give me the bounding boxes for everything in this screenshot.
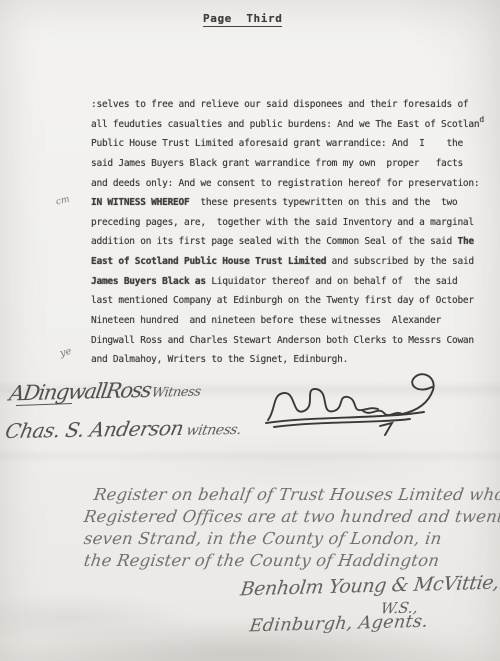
typed-line: said James Buyers Black grant warrandice… bbox=[91, 154, 491, 174]
typed-line: James Buyers Black as Liquidator thereof… bbox=[91, 272, 491, 292]
typed-line: Nineteen hundred and nineteen before the… bbox=[91, 311, 491, 331]
agents-city-line: Edinburgh, Agents. bbox=[248, 612, 429, 637]
typed-body: :selves to free and relieve our said dis… bbox=[91, 95, 491, 370]
typed-line: last mentioned Company at Edinburgh on t… bbox=[91, 291, 491, 311]
witness1-suffix: Witness bbox=[151, 385, 202, 401]
margin-insertion-mark: ye bbox=[59, 346, 73, 359]
typed-line: :selves to free and relieve our said dis… bbox=[91, 95, 491, 115]
james-buyers-black-ink-signature bbox=[262, 366, 450, 446]
registration-note-line: seven Strand, in the County of London, i… bbox=[82, 528, 485, 550]
page-header: Page Third bbox=[203, 12, 282, 27]
registration-note-line: Register on behalf of Trust Houses Limit… bbox=[82, 484, 485, 506]
typed-line: preceding pages, are, together with the … bbox=[91, 213, 491, 233]
witness1-name: ADingwallRoss bbox=[8, 378, 152, 406]
margin-initials-mark: cm bbox=[55, 195, 71, 208]
witness-signature-dingwall-ross: ADingwallRossWitness bbox=[8, 377, 203, 406]
typed-line: IN WITNESS WHEREOF these presents typewr… bbox=[91, 193, 491, 213]
registration-note-lines: Register on behalf of Trust Houses Limit… bbox=[84, 484, 484, 572]
typed-line: all feuduties casualties and public burd… bbox=[91, 115, 491, 135]
scanned-document-page: Page Third :selves to free and relieve o… bbox=[0, 0, 500, 661]
typed-line: Dingwall Ross and Charles Stewart Anders… bbox=[91, 331, 491, 351]
agents-firm-signature: Benholm Young & McVittie, bbox=[239, 572, 500, 601]
registration-note-line: Registered Offices are at two hundred an… bbox=[82, 506, 485, 528]
typed-line: Public House Trust Limited aforesaid gra… bbox=[91, 134, 491, 154]
witness-signature-chas-anderson: Chas. S. Anderson witness. bbox=[3, 415, 244, 443]
witness2-name: Chas. S. Anderson bbox=[3, 416, 185, 443]
typed-line: addition on its first page sealed with t… bbox=[91, 232, 491, 252]
registration-note-line: the Register of the County of Haddington bbox=[82, 550, 485, 572]
ink-signature-scrawl bbox=[262, 366, 450, 442]
witness2-suffix: witness. bbox=[181, 422, 242, 439]
typed-line: and deeds only: And we consent to regist… bbox=[91, 174, 491, 194]
typed-line: East of Scotland Public House Trust Limi… bbox=[91, 252, 491, 272]
